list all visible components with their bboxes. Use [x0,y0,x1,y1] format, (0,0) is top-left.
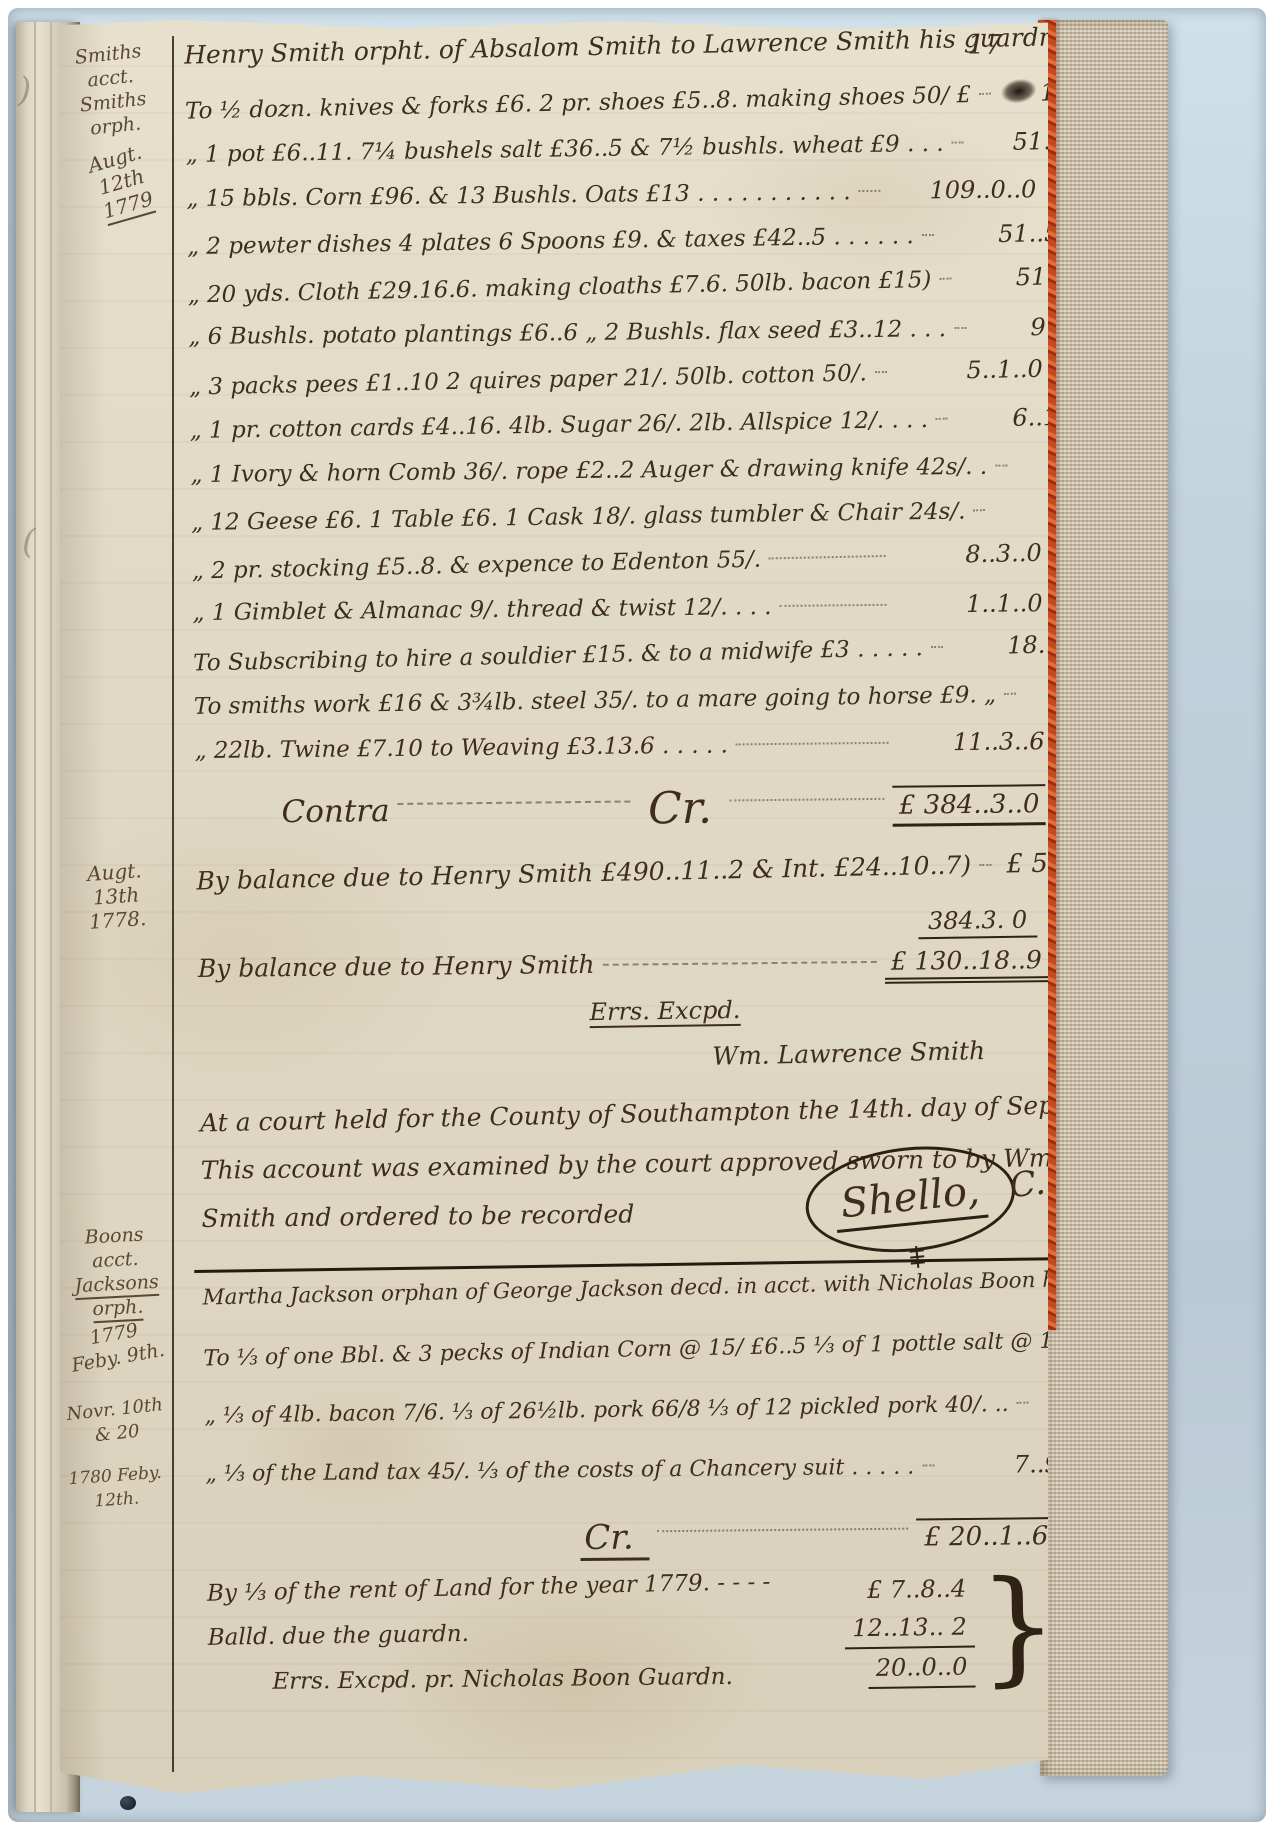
balance-amount: 12..13.. 2 [844,1607,975,1649]
ledger-main-column: Henry Smith orpht. of Absalom Smith to L… [184,25,1059,1716]
entry-text: „ 1 Gimblet & Almanac 9/. thread & twist… [192,594,771,626]
dotted-leader [736,742,889,746]
jackson-amount-stack: £ 7..8..4 12..13.. 2 20..0..0 [843,1567,976,1707]
dotted-leader [922,234,934,236]
guardian-signature: Wm. Lawrence Smith [712,1036,985,1071]
jackson-entries: To ⅓ of one Bbl. & 3 pecks of Indian Cor… [203,1328,1056,1521]
bleedthrough-mark: ( [22,522,35,562]
dotted-leader [954,327,966,329]
carry-amount: 384.3. 0 [918,905,1038,939]
jackson-credit-lines: By ⅓ of the rent of Land for the year 17… [207,1569,846,1716]
page-edge-line [34,22,36,1812]
dotted-leader [995,465,1007,467]
ledger-book: ) ( 17 Smiths acct. Smiths orph. Augt. 1… [16,20,1168,1810]
entry-amount: 11..3..6 [896,727,1044,757]
smith-entries: To ½ dozn. knives & forks £6. 2 pr. shoe… [185,81,1045,784]
dotted-leader [875,371,887,373]
ledger-entry-row: „ 15 bbls. Corn £96. & 13 Bushls. Oats £… [186,175,1036,230]
jackson-cr-row: Cr. £ 20..1..6 [206,1510,1056,1567]
margin-rule [172,36,174,1772]
entry-text: „ ⅓ of the Land tax 45/. ⅓ of the costs … [205,1455,914,1487]
entry-amount: 8..3..0 [893,539,1042,570]
scan-background: ) ( 17 Smiths acct. Smiths orph. Augt. 1… [8,8,1266,1822]
dotted-leader [780,604,887,607]
smith-total-amount: £ 384..3..0 [893,784,1046,827]
margin-note-jackson: Boons acct. Jacksons orph. [62,1221,171,1322]
closing-amount: 20..0..0 [867,1647,975,1689]
ledger-entry-row: „ 1 Ivory & horn Comb 36/. rope £2..2 Au… [190,451,1040,506]
heading-dash [1182,1258,1194,1260]
seal-mark [915,1246,919,1268]
closing-line: Errs. Excpd. pr. Nicholas Boon Guardn. [208,1663,845,1716]
dash-leader [603,961,877,966]
dotted-leader [936,418,948,420]
margin-note-balance-date: Augt. 13th 1778. [62,856,171,935]
dotted-leader [931,646,943,648]
account-heading: Martha Jackson orphan of George Jackson … [202,1265,1174,1310]
margin-account-label: Boons acct. [84,1224,144,1273]
credit-amount: £ 7..8..4 [859,1569,975,1609]
dash-leader [398,801,630,805]
margin-orphan-label: Smiths orph. [79,88,148,140]
jackson-subtotal: £ 20..1..6 [916,1517,1056,1552]
heading-dash [1070,15,1082,17]
entry-amount: 5..1..0 [895,355,1044,386]
binding-stud [120,1796,136,1810]
contra-label: Contra [195,793,389,831]
cr-label: Cr. [580,1517,650,1561]
binding-cloth [1040,20,1168,1776]
dotted-leader [922,1464,934,1466]
contra-total-row: Contra Cr. £ 384..3..0 [195,773,1046,844]
dotted-leader [979,93,991,95]
balance-text: By balance due to Henry Smith £490..11..… [196,850,971,895]
clerk-title: C. [1008,1163,1048,1206]
jackson-account: Martha Jackson orphan of George Jackson … [202,1270,1058,1717]
dotted-leader [952,141,964,143]
ledger-page: 17 Smiths acct. Smiths orph. Augt. 12th … [60,20,1048,1806]
margin-date-feb9: 1779 Feby. 9th. [61,1313,172,1378]
cr-label: Cr. [638,782,722,834]
dotted-leader [979,864,991,866]
entry-text: „ 6 Bushls. potato plantings £6..6 „ 2 B… [188,316,946,350]
dr-label: Dr. [1202,1263,1255,1301]
balance-final-amount: £ 130..18..9 [885,945,1048,984]
dotted-leader [1017,1402,1029,1404]
dotted-leader [730,798,885,802]
balance-row: By balance due to Henry Smith £ 130..18.… [198,945,1048,1002]
dotted-leader [859,190,881,192]
account-heading: Henry Smith orpht. of Absalom Smith to L… [184,22,1063,69]
dotted-leader [769,555,886,559]
entry-text: „ 22lb. Twine £7.10 to Weaving £3.13.6 .… [194,732,727,764]
margin-date-nov: Novr. 10th & 20 [62,1393,170,1452]
dotted-leader [973,509,985,511]
jackson-credit-block: By ⅓ of the rent of Land for the year 17… [207,1566,1059,1717]
margin-note-smith: Smiths acct. Smiths orph. Augt. 12th 177… [55,37,177,223]
dotted-leader [939,278,951,280]
margin-date: Augt. 12th 1779 [62,133,182,231]
entry-amount: 1..1..0 [894,589,1042,619]
page-edge-line [50,22,52,1812]
closing-brace: } [978,1566,1059,1705]
photo-frame: ) ( 17 Smiths acct. Smiths orph. Augt. 1… [0,0,1274,1830]
errors-excepted-label: Errs. Excpd. [589,996,740,1028]
bleedthrough-mark: ) [18,70,31,110]
ledger-entry-row: „ ⅓ of the Land tax 45/. ⅓ of the costs … [205,1450,1056,1519]
balance-section: By balance due to Henry Smith £490..11..… [196,851,1049,1092]
entry-text: „ 1 Ivory & horn Comb 36/. rope £2..2 Au… [190,454,987,488]
clerk-signature: Shello, [832,1166,988,1232]
entry-amount: 109..0..0 [888,175,1036,205]
margin-account-label: Smiths acct. [74,40,143,92]
dotted-leader [1004,693,1016,695]
balance-text: By balance due to Henry Smith [198,950,595,983]
entry-text: „ 15 bbls. Corn £96. & 13 Bushls. Oats £… [186,179,851,212]
dotted-leader [658,1528,909,1533]
margin-date-feb12: 1780 Feby. 12th. [62,1460,169,1515]
court-record: At a court held for the County of Southa… [200,1093,1052,1256]
